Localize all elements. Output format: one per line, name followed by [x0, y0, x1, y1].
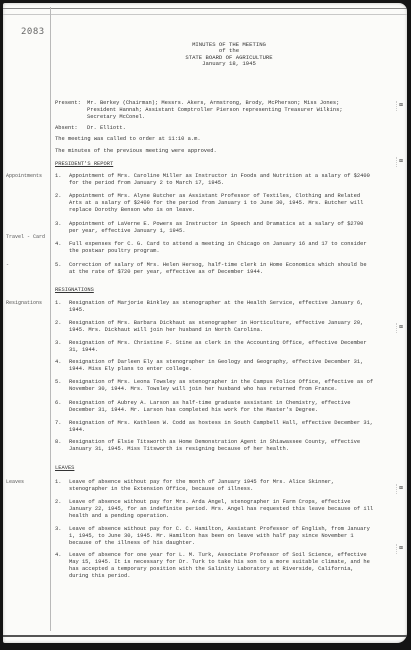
side-label-dash: -	[6, 262, 9, 268]
binder-mark-icon: ⌧	[396, 544, 405, 554]
leave-item-2: 2. Leave of absence without pay for Mrs.…	[55, 499, 375, 520]
binder-mark-icon: ⌧	[396, 323, 405, 333]
report-item-5: 5. Correction of salary of Mrs. Helen He…	[55, 262, 375, 276]
resignation-item-1: 1. Resignation of Marjorie Binkley as st…	[55, 300, 375, 314]
binder-mark-icon: ⌧	[396, 157, 405, 167]
leave-item-3: 3. Leave of absence without pay for C. C…	[55, 526, 375, 547]
present-line-3: Secretary McConel.	[87, 114, 145, 121]
resignation-item-7: 7. Resignation of Mrs. Kathleen W. Codd …	[55, 420, 375, 434]
side-label-resignations: Resignations	[6, 300, 42, 306]
leaves-heading: LEAVES	[55, 465, 74, 471]
absent-value: Dr. Elliott.	[87, 125, 126, 132]
resignations-heading: RESIGNATIONS	[55, 287, 94, 293]
binder-mark-icon: ⌧	[396, 484, 405, 494]
resignation-item-6: 6. Resignation of Aubrey A. Larson as ha…	[55, 400, 375, 414]
present-label: Present:	[55, 100, 81, 107]
report-item-1: 1. Appointment of Mrs. Caroline Miller a…	[55, 173, 375, 187]
binder-mark-icon: ⌧	[396, 101, 405, 111]
top-rule	[3, 8, 407, 9]
minutes-approved: The minutes of the previous meeting were…	[55, 148, 217, 155]
document-title: MINUTES OF THE MEETING of the STATE BOAR…	[51, 42, 407, 68]
resignation-item-8: 8. Resignation of Elsie Titsworth as Hom…	[55, 439, 375, 453]
report-item-2: 2. Appointment of Mrs. Alyne Butcher as …	[55, 193, 375, 214]
top-rule-secondary	[3, 14, 407, 15]
resignation-item-3: 3. Resignation of Mrs. Christine F. Stin…	[55, 340, 375, 354]
bottom-rule	[3, 635, 407, 637]
report-item-3: 3. Appointment of LaVerne E. Powers as I…	[55, 221, 375, 235]
resignation-item-2: 2. Resignation of Mrs. Barbara Dickhaut …	[55, 320, 375, 334]
page-number: 2083	[21, 27, 45, 37]
side-label-travel: Travel - Card	[6, 234, 45, 240]
leave-item-4: 4. Leave of absence for one year for L. …	[55, 552, 375, 580]
margin-line	[50, 7, 51, 631]
leave-item-1: 1. Leave of absence without pay for the …	[55, 479, 375, 493]
meeting-date: January 18, 1945	[51, 61, 407, 67]
resignation-item-4: 4. Resignation of Darleen Ely as stenogr…	[55, 359, 375, 373]
presidents-report-heading: PRESIDENT'S REPORT	[55, 161, 113, 167]
document-page: 2083 MINUTES OF THE MEETING of the STATE…	[3, 3, 407, 643]
side-label-leaves: Leaves	[6, 479, 24, 485]
report-item-4: 4. Full expenses for C. G. Card to atten…	[55, 241, 375, 255]
resignation-item-5: 5. Resignation of Mrs. Leona Towsley as …	[55, 379, 375, 393]
absent-label: Absent:	[55, 125, 78, 132]
called-to-order: The meeting was called to order at 11:10…	[55, 136, 201, 143]
side-label-appointments: Appointments	[6, 173, 42, 179]
